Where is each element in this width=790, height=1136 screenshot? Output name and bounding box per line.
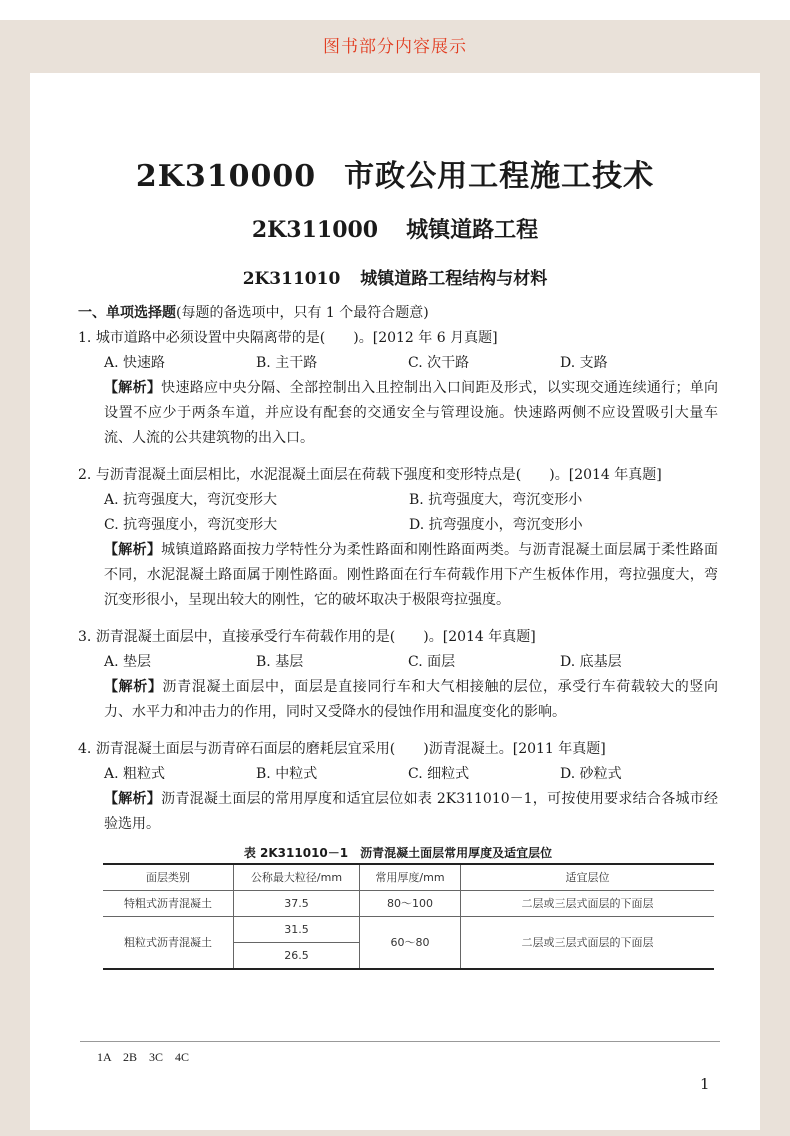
analysis-text: 城镇道路路面按力学特性分为柔性路面和刚性路面两类。与沥青混凝土面层属于柔性路面不… [104,542,718,608]
page-number: 1 [700,1075,710,1093]
table-header: 适宜层位 [461,864,715,891]
table-header: 公称最大粒径/mm [234,864,360,891]
question-3: 3. 沥青混凝土面层中，直接承受行车荷载作用的是( )。[2014 年真题] A… [78,625,718,725]
question-2: 2. 与沥青混凝土面层相比，水泥混凝土面层在荷载下强度和变形特点是( )。[20… [78,463,718,613]
analysis-label: 【解析】 [104,791,161,807]
analysis-label: 【解析】 [104,542,161,558]
option-d: D. 底基层 [560,650,712,675]
section-note: (每题的备选项中，只有 1 个最符合题意) [176,305,429,321]
analysis-text: 快速路应中央分隔、全部控制出入且控制出入口间距及形式，以实现交通连续通行；单向设… [104,380,718,446]
question-stem: 城市道路中必须设置中央隔离带的是( )。[2012 年 6 月真题] [96,330,498,346]
question-section-title: 一、单项选择题(每题的备选项中，只有 1 个最符合题意) [78,301,718,326]
question-4: 4. 沥青混凝土面层与沥青碎石面层的磨耗层宜采用( )沥青混凝土。[2011 年… [78,737,718,837]
subsection-heading: 2K311010城镇道路工程结构与材料 [30,264,760,289]
table-caption: 表 2K311010－1 沥青混凝土面层常用厚度及适宜层位 [78,843,718,863]
book-page: 2K310000市政公用工程施工技术 2K311000城镇道路工程 2K3110… [30,73,760,1130]
option-c: C. 抗弯强度小，弯沉变形大 [104,513,409,538]
option-b: B. 抗弯强度大，弯沉变形小 [409,488,714,513]
analysis: 【解析】城镇道路路面按力学特性分为柔性路面和刚性路面两类。与沥青混凝土面层属于柔… [78,538,718,613]
table-cell: 26.5 [234,943,360,970]
table-cell: 31.5 [234,917,360,943]
option-d: D. 抗弯强度小，弯沉变形小 [409,513,714,538]
table-cell: 80～100 [360,891,461,917]
option-b: B. 基层 [256,650,408,675]
table-cell: 粗粒式沥青混凝土 [103,917,234,970]
question-number: 2. [78,467,91,483]
option-b: B. 中粒式 [256,762,408,787]
section-title: 城镇道路工程 [406,217,538,243]
question-stem: 沥青混凝土面层中，直接承受行车荷载作用的是( )。[2014 年真题] [96,629,536,645]
question-number: 3. [78,629,91,645]
analysis-label: 【解析】 [104,380,161,396]
chapter-code: 2K310000 [136,159,316,194]
option-d: D. 支路 [560,351,712,376]
banner-title: 图书部分内容展示 [0,20,790,72]
question-text: 1. 城市道路中必须设置中央隔离带的是( )。[2012 年 6 月真题] [78,326,718,351]
section-label: 一、单项选择题 [78,305,176,321]
table-header-row: 面层类别 公称最大粒径/mm 常用厚度/mm 适宜层位 [103,864,714,891]
analysis-text: 沥青混凝土面层的常用厚度和适宜层位如表 2K311010－1，可按使用要求结合各… [104,791,718,832]
top-band [0,0,790,20]
subsection-title: 城镇道路工程结构与材料 [360,269,547,289]
table-cell: 60～80 [360,917,461,970]
option-b: B. 主干路 [256,351,408,376]
analysis-text: 沥青混凝土面层中，面层是直接同行车和大气相接触的层位，承受行车荷载较大的竖向力、… [104,679,718,720]
analysis-label: 【解析】 [104,679,163,695]
option-d: D. 砂粒式 [560,762,712,787]
footnote-divider [80,1041,720,1042]
analysis: 【解析】沥青混凝土面层中，面层是直接同行车和大气相接触的层位，承受行车荷载较大的… [78,675,718,725]
option-a: A. 粗粒式 [104,762,256,787]
table-row: 粗粒式沥青混凝土 31.5 60～80 二层或三层式面层的下面层 [103,917,714,943]
options: A. 快速路 B. 主干路 C. 次干路 D. 支路 [78,351,718,376]
table-cell: 特粗式沥青混凝土 [103,891,234,917]
section-heading: 2K311000城镇道路工程 [30,213,760,244]
content: 一、单项选择题(每题的备选项中，只有 1 个最符合题意) 1. 城市道路中必须设… [78,301,718,970]
option-a: A. 快速路 [104,351,256,376]
question-text: 2. 与沥青混凝土面层相比，水泥混凝土面层在荷载下强度和变形特点是( )。[20… [78,463,718,488]
chapter-title: 市政公用工程施工技术 [344,159,654,194]
analysis: 【解析】沥青混凝土面层的常用厚度和适宜层位如表 2K311010－1，可按使用要… [78,787,718,837]
question-number: 1. [78,330,91,346]
option-c: C. 面层 [408,650,560,675]
asphalt-layer-table: 面层类别 公称最大粒径/mm 常用厚度/mm 适宜层位 特粗式沥青混凝土 37.… [103,863,714,970]
answer-key: 1A 2B 3C 4C [97,1048,189,1065]
option-a: A. 抗弯强度大，弯沉变形大 [104,488,409,513]
question-stem: 与沥青混凝土面层相比，水泥混凝土面层在荷载下强度和变形特点是( )。[2014 … [96,467,662,483]
section-code: 2K311000 [252,217,378,243]
table-header: 常用厚度/mm [360,864,461,891]
table-cell: 二层或三层式面层的下面层 [461,891,715,917]
options: A. 抗弯强度大，弯沉变形大 B. 抗弯强度大，弯沉变形小 C. 抗弯强度小，弯… [78,488,718,538]
table-header: 面层类别 [103,864,234,891]
question-stem: 沥青混凝土面层与沥青碎石面层的磨耗层宜采用( )沥青混凝土。[2011 年真题] [96,741,606,757]
table-cell: 二层或三层式面层的下面层 [461,917,715,970]
subsection-code: 2K311010 [243,269,341,289]
question-number: 4. [78,741,91,757]
chapter-heading: 2K310000市政公用工程施工技术 [30,151,760,195]
options: A. 粗粒式 B. 中粒式 C. 细粒式 D. 砂粒式 [78,762,718,787]
table-cell: 37.5 [234,891,360,917]
analysis: 【解析】快速路应中央分隔、全部控制出入且控制出入口间距及形式，以实现交通连续通行… [78,376,718,451]
option-c: C. 次干路 [408,351,560,376]
options: A. 垫层 B. 基层 C. 面层 D. 底基层 [78,650,718,675]
option-c: C. 细粒式 [408,762,560,787]
table-row: 特粗式沥青混凝土 37.5 80～100 二层或三层式面层的下面层 [103,891,714,917]
question-text: 4. 沥青混凝土面层与沥青碎石面层的磨耗层宜采用( )沥青混凝土。[2011 年… [78,737,718,762]
question-text: 3. 沥青混凝土面层中，直接承受行车荷载作用的是( )。[2014 年真题] [78,625,718,650]
option-a: A. 垫层 [104,650,256,675]
question-1: 1. 城市道路中必须设置中央隔离带的是( )。[2012 年 6 月真题] A.… [78,326,718,451]
